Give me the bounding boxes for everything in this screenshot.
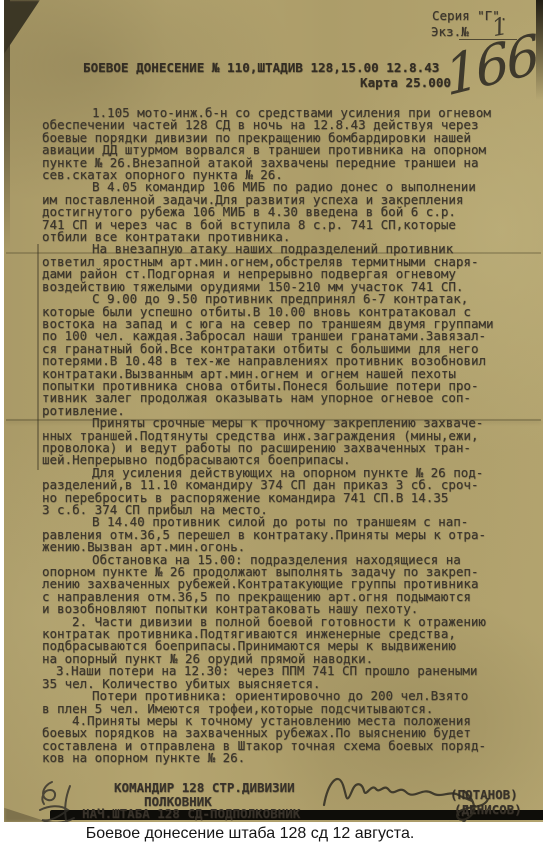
- report-paragraph-9: 2. Части дивизии в полной боевой готовно…: [42, 616, 526, 666]
- chief-of-staff-title: НАЧ.ШТАБА 128 СД-ПОДПОЛКОВНИК: [82, 806, 300, 821]
- commander-title: КОМАНДИР 128 СТР.ДИВИЗИИ: [114, 780, 295, 795]
- report-paragraph-12: 4.Приняты меры к точному установлению ме…: [42, 715, 526, 765]
- caption-strip: Боевое донесение штаба 128 сд 12 августа…: [0, 822, 545, 847]
- copy-number-label: Экз.№: [431, 24, 469, 39]
- report-paragraph-8: Обстановка на 15.00: подразделения наход…: [42, 554, 526, 616]
- report-paragraph-5: Приняты срочные меры к прочному закрепле…: [42, 417, 526, 467]
- report-title: БОЕВОЕ ДОНЕСЕНИЕ № 110,ШТАДИВ 128,15.00 …: [83, 60, 503, 75]
- report-paragraph-11: Потери противника: ориентировочно до 200…: [42, 690, 526, 715]
- scan-edge-top-left: [4, 0, 40, 54]
- report-paragraph-1: 1.105 мото-инж.б-н со средствами усилени…: [42, 107, 526, 181]
- commander-signature-autograph: [316, 765, 496, 827]
- paper-margin-line: [37, 244, 39, 470]
- report-paragraph-2: В 4.05 командир 106 МИБ по радио донес о…: [42, 181, 526, 243]
- report-body: 1.105 мото-инж.б-н со средствами усилени…: [42, 107, 526, 765]
- report-paragraph-10: 3.Наши потери на 12.30: через ППМ 741 СП…: [42, 665, 526, 690]
- caption-text: Боевое донесение штаба 128 сд 12 августа…: [0, 825, 500, 843]
- margin-scribble-handwritten: [30, 776, 94, 828]
- map-scale: Карта 25.000: [360, 75, 451, 90]
- page: Серия "Г". Экз.№ 1 166 БОЕВОЕ ДОНЕСЕНИЕ …: [0, 0, 545, 847]
- report-paragraph-4: С 9.00 до 9.50 противник предпринял 6-7 …: [42, 293, 526, 417]
- scan-edge-left: [4, 0, 10, 250]
- document-scan: Серия "Г". Экз.№ 1 166 БОЕВОЕ ДОНЕСЕНИЕ …: [4, 0, 543, 822]
- report-paragraph-3: На внезапную атаку наших подразделений п…: [42, 243, 526, 293]
- report-paragraph-6: Для усиления действующих на опорном пунк…: [42, 467, 526, 517]
- report-paragraph-7: В 14.40 противник силой до роты по транш…: [42, 516, 526, 553]
